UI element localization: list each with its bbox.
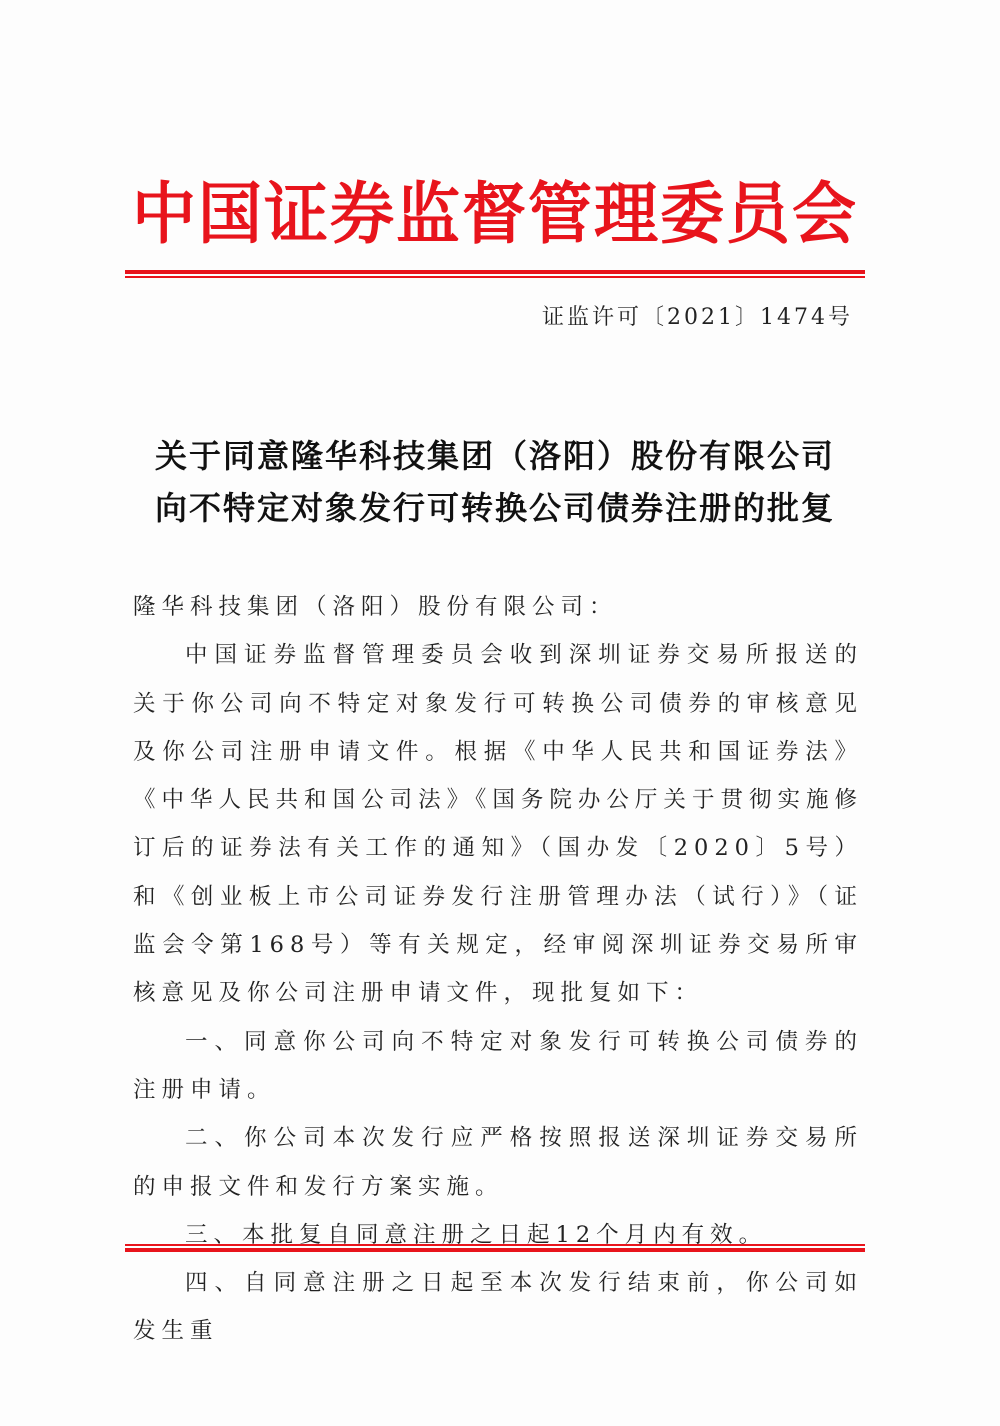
document-title: 关于同意隆华科技集团（洛阳）股份有限公司 向不特定对象发行可转换公司债券注册的批… xyxy=(125,430,865,534)
body-paragraph-intro: 中国证券监督管理委员会收到深圳证券交易所报送的关于你公司向不特定对象发行可转换公… xyxy=(133,631,863,1017)
document-title-line-1: 关于同意隆华科技集团（洛阳）股份有限公司 xyxy=(125,430,865,482)
document-page: 中国证券监督管理委员会 证监许可〔2021〕1474号 关于同意隆华科技集团（洛… xyxy=(0,0,1000,1426)
body-paragraph-item-2: 二、你公司本次发行应严格按照报送深圳证券交易所的申报文件和发行方案实施。 xyxy=(133,1114,863,1211)
document-title-line-2: 向不特定对象发行可转换公司债券注册的批复 xyxy=(125,482,865,534)
masthead-red-rule xyxy=(125,270,865,278)
addressee: 隆华科技集团（洛阳）股份有限公司： xyxy=(133,583,863,631)
rule-thick-line xyxy=(125,1248,865,1252)
document-body: 隆华科技集团（洛阳）股份有限公司： 中国证券监督管理委员会收到深圳证券交易所报送… xyxy=(133,583,863,1356)
issuer-masthead: 中国证券监督管理委员会 xyxy=(125,176,865,254)
body-paragraph-item-1: 一、同意你公司向不特定对象发行可转换公司债券的注册申请。 xyxy=(133,1018,863,1115)
document-number: 证监许可〔2021〕1474号 xyxy=(542,300,853,331)
footer-red-rule xyxy=(125,1244,865,1252)
rule-thin-line xyxy=(125,276,865,278)
body-paragraph-item-4: 四、自同意注册之日起至本次发行结束前，你公司如发生重 xyxy=(133,1259,863,1356)
